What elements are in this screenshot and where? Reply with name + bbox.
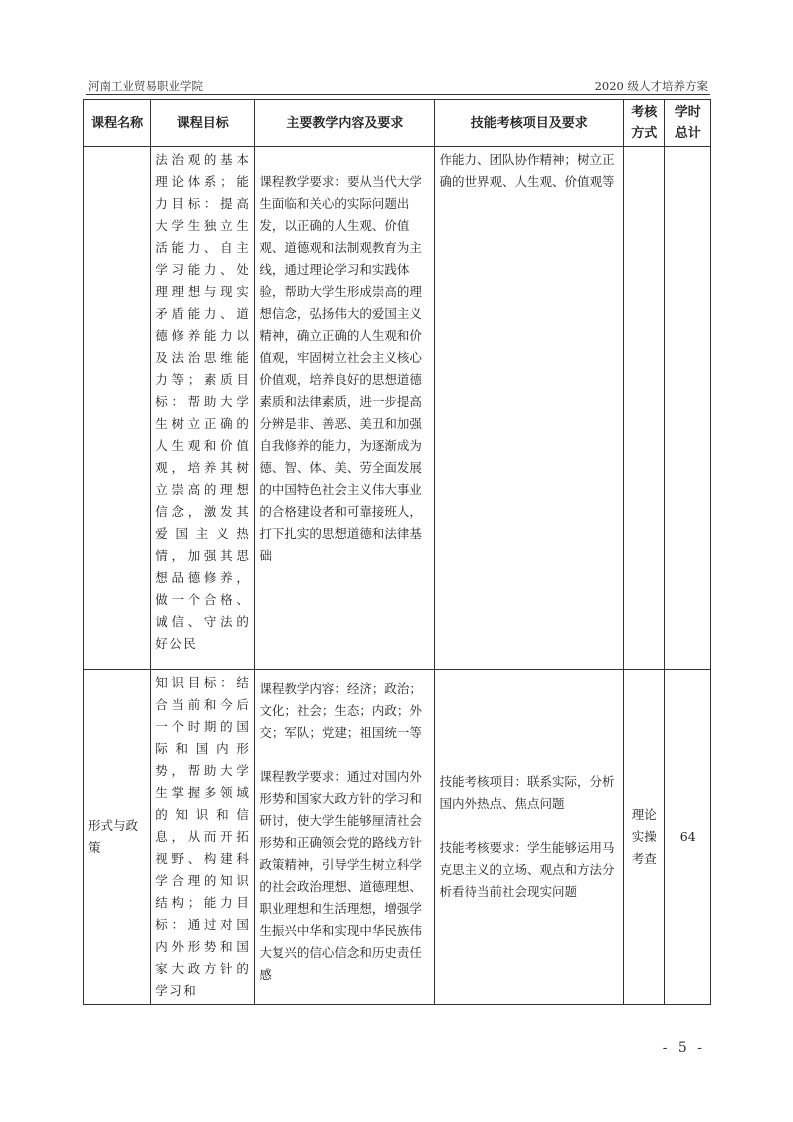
table-header-row: 课程名称 课程目标 主要教学内容及要求 技能考核项目及要求 考核方式 学时总计 xyxy=(84,100,711,147)
main-content-cell: 课程教学内容：经济；政治；文化；社会；生态；内政；外交；军队；党建；祖国统一等 … xyxy=(255,670,435,1005)
content-requirements: 课程教学要求：要从当代大学生面临和关心的实际问题出发，以正确的人生观、价值观、道… xyxy=(259,171,430,567)
exam-method-cell: 理论实操考查 xyxy=(624,670,665,1005)
course-name-cell: 形式与政策 xyxy=(84,670,151,1005)
skill-text: 作能力、团队协作精神；树立正确的世界观、人生观、价值观等 xyxy=(439,149,619,193)
page-number: - 5 - xyxy=(0,1040,705,1056)
total-hours-cell: 64 xyxy=(665,670,711,1005)
total-hours-cell xyxy=(665,147,711,670)
skill-assessment-cell: 作能力、团队协作精神；树立正确的世界观、人生观、价值观等 xyxy=(435,147,624,670)
table-row: 法治观的基本理论体系；能力目标：提高大学生独立生活能力、自主学习能力、处理理想与… xyxy=(84,147,711,670)
column-header-course-name: 课程名称 xyxy=(84,100,151,147)
content-topics: 课程教学内容：经济；政治；文化；社会；生态；内政；外交；军队；党建；祖国统一等 xyxy=(259,678,430,744)
skill-requirements: 技能考核要求：学生能够运用马克思主义的立场、观点和方法分析看待当前社会现实问题 xyxy=(439,837,619,903)
column-header-course-goal: 课程目标 xyxy=(151,100,255,147)
skill-assessment-cell: 技能考核项目：联系实际，分析国内外热点、焦点问题 技能考核要求：学生能够运用马克… xyxy=(435,670,624,1005)
course-name-cell xyxy=(84,147,151,670)
column-header-total-hours: 学时总计 xyxy=(665,100,711,147)
page-header: 河南工业贸易职业学院 2020 级人才培养方案 xyxy=(86,78,710,95)
exam-method-cell xyxy=(624,147,665,670)
column-header-main-content: 主要教学内容及要求 xyxy=(255,100,435,147)
column-header-exam-method: 考核方式 xyxy=(624,100,665,147)
course-goal-cell: 法治观的基本理论体系；能力目标：提高大学生独立生活能力、自主学习能力、处理理想与… xyxy=(151,147,255,670)
column-header-skill-assessment: 技能考核项目及要求 xyxy=(435,100,624,147)
content-requirements: 课程教学要求：通过对国内外形势和国家大政方针的学习和研讨，使大学生能够厘清社会形… xyxy=(259,766,430,986)
table-row: 形式与政策 知识目标：结合当前和今后一个时期的国际和国内形势，帮助大学生掌握多领… xyxy=(84,670,711,1005)
document-title: 2020 级人才培养方案 xyxy=(595,78,708,94)
skill-items: 技能考核项目：联系实际，分析国内外热点、焦点问题 xyxy=(439,771,619,815)
course-goal-cell: 知识目标：结合当前和今后一个时期的国际和国内形势，帮助大学生掌握多领域的知识和信… xyxy=(151,670,255,1005)
institution-name: 河南工业贸易职业学院 xyxy=(88,78,203,94)
curriculum-table: 课程名称 课程目标 主要教学内容及要求 技能考核项目及要求 考核方式 学时总计 … xyxy=(83,99,711,1005)
main-content-cell: 课程教学要求：要从当代大学生面临和关心的实际问题出发，以正确的人生观、价值观、道… xyxy=(255,147,435,670)
